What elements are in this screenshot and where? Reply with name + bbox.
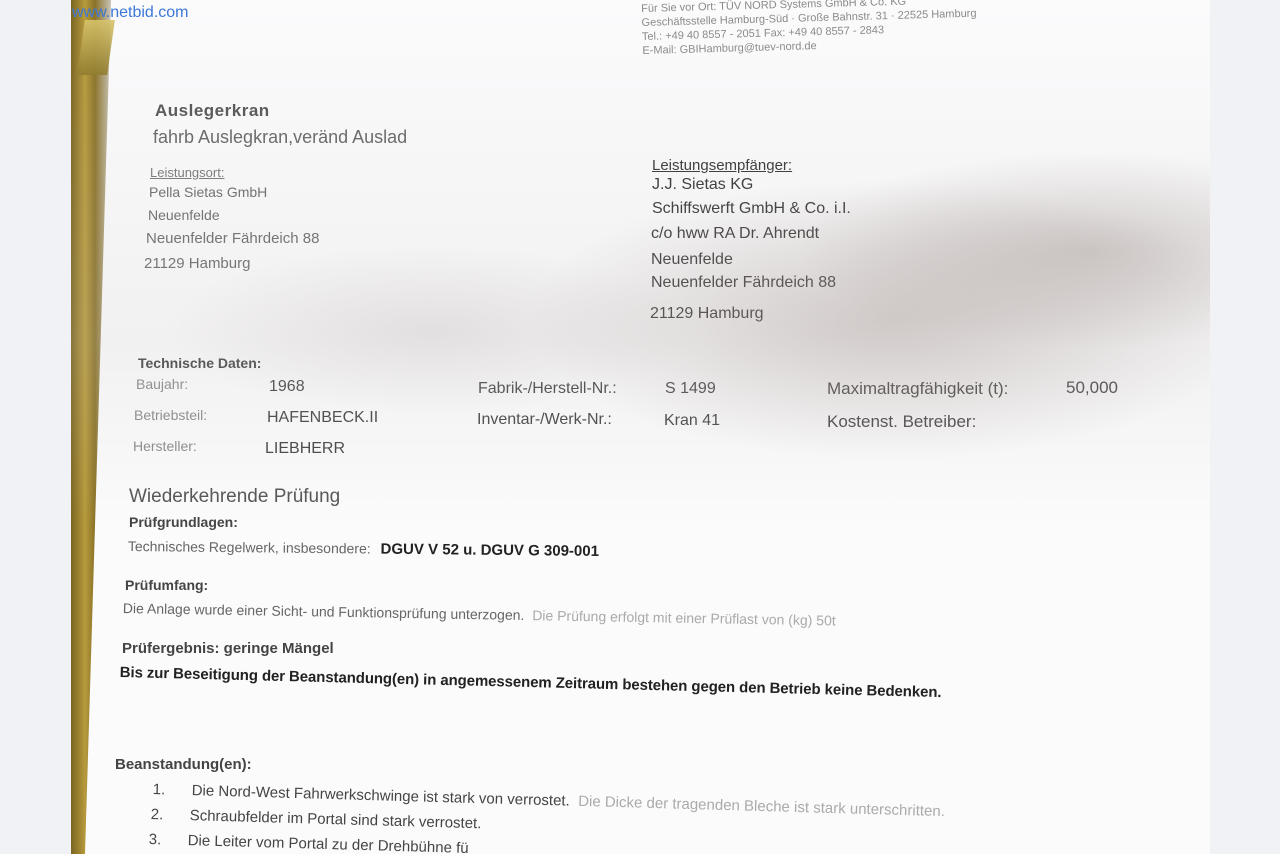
inspection-report: Für Sie vor Ort: TÜV NORD Systems GmbH &… bbox=[71, 0, 1210, 854]
beanstandung-text: Die Leiter vom Portal zu der Drehbühne f… bbox=[187, 832, 468, 854]
leistungsort-line: Neuenfelder Fährdeich 88 bbox=[146, 230, 319, 247]
beanstandung-text-faded: Die Dicke der tragenden Bleche ist stark… bbox=[578, 793, 945, 820]
object-title: Auslegerkran bbox=[155, 101, 270, 121]
inventar-label: Inventar-/Werk-Nr.: bbox=[477, 411, 612, 429]
inventar-value: Kran 41 bbox=[664, 412, 720, 430]
pruefgrundlagen-text: Technisches Regelwerk, insbesondere: DGU… bbox=[128, 538, 599, 560]
pruefumfang-text-faded: Die Prüfung erfolgt mit einer Prüflast v… bbox=[532, 607, 836, 628]
max-tragfaehigkeit-label: Maximaltragfähigkeit (t): bbox=[827, 379, 1008, 399]
betriebsteil-value: HAFENBECK.II bbox=[267, 409, 378, 427]
pruefergebnis-text: Bis zur Beseitigung der Beanstandung(en)… bbox=[120, 664, 942, 701]
baujahr-label: Baujahr: bbox=[136, 376, 188, 392]
beanstandung-number: 2. bbox=[151, 806, 164, 823]
leistungsempfaenger-label: Leistungsempfänger: bbox=[652, 157, 792, 174]
leistungsempfaenger-line: Schiffswerft GmbH & Co. i.I. bbox=[652, 200, 851, 218]
leistungsempfaenger-line: 21129 Hamburg bbox=[650, 305, 764, 323]
beanstandungen-label: Beanstandung(en): bbox=[115, 756, 252, 773]
hersteller-label: Hersteller: bbox=[133, 438, 197, 454]
pruefgrundlagen-text-regular: Technisches Regelwerk, insbesondere: bbox=[128, 538, 371, 557]
pruefgrundlagen-norms: DGUV V 52 u. DGUV G 309-001 bbox=[381, 541, 600, 560]
leistungsempfaenger-line: J.J. Sietas KG bbox=[652, 176, 753, 194]
beanstandung-text: Die Nord-West Fahrwerkschwinge ist stark… bbox=[191, 782, 569, 810]
max-tragfaehigkeit-value: 50,000 bbox=[1066, 378, 1118, 398]
beanstandung-number: 1. bbox=[153, 781, 166, 798]
pruefgrundlagen-label: Prüfgrundlagen: bbox=[129, 514, 238, 530]
beanstandung-item: 2. Schraubfelder im Portal sind stark ve… bbox=[150, 806, 481, 833]
leistungsempfaenger-line: c/o hww RA Dr. Ahrendt bbox=[651, 225, 819, 243]
pruefung-title: Wiederkehrende Prüfung bbox=[129, 486, 340, 508]
letterhead: Für Sie vor Ort: TÜV NORD Systems GmbH &… bbox=[641, 0, 977, 58]
beanstandung-text: Schraubfelder im Portal sind stark verro… bbox=[189, 807, 481, 832]
pruefumfang-text-regular: Die Anlage wurde einer Sicht- und Funkti… bbox=[123, 600, 525, 623]
pruefumfang-label: Prüfumfang: bbox=[125, 577, 208, 593]
pruefergebnis-label: Prüfergebnis: geringe Mängel bbox=[122, 640, 334, 657]
fabrik-label: Fabrik-/Herstell-Nr.: bbox=[478, 380, 617, 398]
technische-daten-heading: Technische Daten: bbox=[138, 355, 261, 371]
leistungsort-line: Pella Sietas GmbH bbox=[149, 184, 267, 200]
leistungsort-line: Neuenfelde bbox=[148, 207, 220, 223]
object-subtitle: fahrb Auslegkran,veränd Auslad bbox=[153, 127, 407, 148]
leistungsort-line: 21129 Hamburg bbox=[144, 255, 250, 272]
beanstandung-item: 3. Die Leiter vom Portal zu der Drehbühn… bbox=[148, 831, 468, 854]
watermark-link[interactable]: www.netbid.com bbox=[72, 4, 189, 22]
leistungsort-label: Leistungsort: bbox=[150, 165, 224, 180]
leistungsempfaenger-line: Neuenfelder Fährdeich 88 bbox=[651, 274, 836, 292]
fabrik-value: S 1499 bbox=[665, 380, 716, 398]
beanstandung-number: 3. bbox=[149, 831, 162, 848]
document-photo: Für Sie vor Ort: TÜV NORD Systems GmbH &… bbox=[71, 0, 1210, 854]
baujahr-value: 1968 bbox=[269, 378, 305, 396]
kostenstelle-label: Kostenst. Betreiber: bbox=[827, 412, 976, 432]
pruefumfang-text: Die Anlage wurde einer Sicht- und Funkti… bbox=[123, 600, 836, 628]
leistungsempfaenger-line: Neuenfelde bbox=[651, 251, 733, 269]
hersteller-value: LIEBHERR bbox=[265, 440, 345, 458]
betriebsteil-label: Betriebsteil: bbox=[134, 407, 207, 423]
